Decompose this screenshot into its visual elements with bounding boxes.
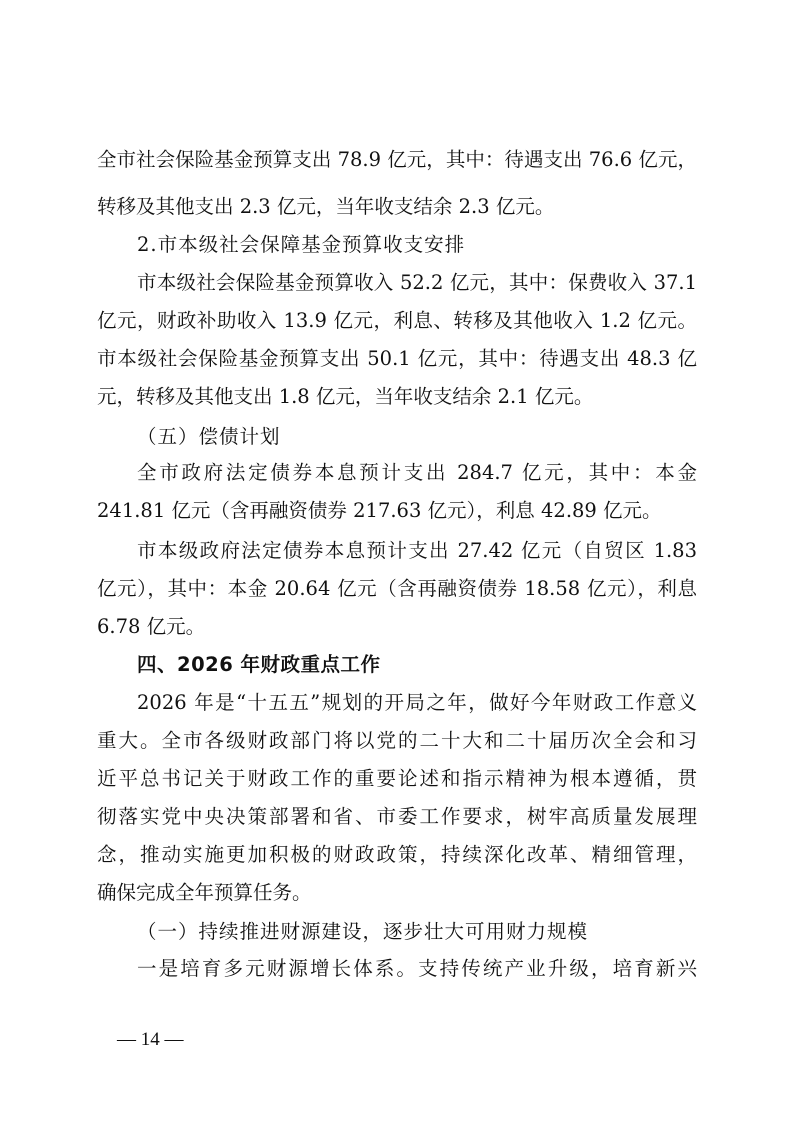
document-page: 全市社会保险基金预算支出 78.9 亿元，其中：待遇支出 76.6 亿元， 转移…	[0, 0, 793, 1122]
body-text-line: 全市政府法定债券本息预计支出 284.7 亿元，其中：本金	[97, 458, 697, 488]
body-text-line: 2026 年是“十五五”规划的开局之年，做好今年财政工作意义	[97, 688, 697, 718]
body-text-line: 241.81 亿元（含再融资债券 217.63 亿元），利息 42.89 亿元。	[97, 496, 697, 526]
body-text-line: 市本级社会保险基金预算收入 52.2 亿元，其中：保费收入 37.1	[97, 268, 697, 298]
body-text-line: 亿元），其中：本金 20.64 亿元（含再融资债券 18.58 亿元），利息	[97, 574, 697, 604]
body-text-line: 转移及其他支出 2.3 亿元，当年收支结余 2.3 亿元。	[97, 192, 697, 222]
body-text-line: 一是培育多元财源增长体系。支持传统产业升级，培育新兴	[97, 954, 697, 984]
body-text-line: 元，转移及其他支出 1.8 亿元，当年收支结余 2.1 亿元。	[97, 382, 697, 412]
body-text-line: 亿元，财政补助收入 13.9 亿元，利息、转移及其他收入 1.2 亿元。	[97, 306, 697, 336]
section-subheading: 2.市本级社会保障基金预算收支安排	[97, 230, 697, 260]
section-subheading: （一）持续推进财源建设，逐步壮大可用财力规模	[97, 917, 697, 947]
body-text-line: 市本级政府法定债券本息预计支出 27.42 亿元（自贸区 1.83	[97, 536, 697, 566]
body-text-line: 念，推动实施更加积极的财政政策，持续深化改革、精细管理，	[97, 840, 697, 870]
section-heading: 四、2026 年财政重点工作	[97, 650, 697, 680]
page-number: — 14 —	[117, 1025, 184, 1055]
body-text-line: 确保完成全年预算任务。	[97, 878, 697, 908]
body-text-line: 近平总书记关于财政工作的重要论述和指示精神为根本遵循，贯	[97, 764, 697, 794]
body-text-line: 市本级社会保险基金预算支出 50.1 亿元，其中：待遇支出 48.3 亿	[97, 344, 697, 374]
body-text-line: 重大。全市各级财政部门将以党的二十大和二十届历次全会和习	[97, 726, 697, 756]
body-text-line: 彻落实党中央决策部署和省、市委工作要求，树牢高质量发展理	[97, 802, 697, 832]
section-subheading: （五）偿债计划	[97, 422, 697, 452]
body-text-line: 全市社会保险基金预算支出 78.9 亿元，其中：待遇支出 76.6 亿元，	[97, 145, 697, 175]
body-text-line: 6.78 亿元。	[97, 612, 697, 642]
